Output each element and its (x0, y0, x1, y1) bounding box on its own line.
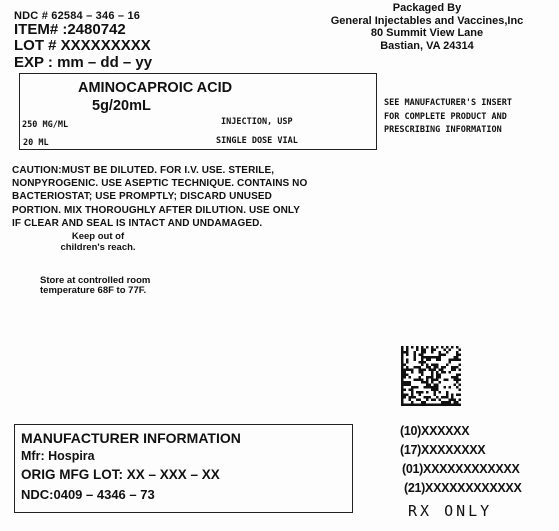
item-number: ITEM# :2480742 (14, 21, 126, 38)
manufacturer-info-box: MANUFACTURER INFORMATION Mfr: Hospira OR… (14, 424, 353, 513)
caution-line: PORTION. MIX THOROUGHLY AFTER DILUTION. … (12, 205, 307, 218)
rx-only-label: RX ONLY (408, 502, 492, 520)
package-type: SINGLE DOSE VIAL (216, 136, 298, 146)
expiration-date: EXP : mm – dd – yy (14, 54, 152, 71)
manufacturer-title: MANUFACTURER INFORMATION (21, 430, 241, 446)
keep-out-line: children's reach. (50, 243, 146, 254)
caution-line: CAUTION:MUST BE DILUTED. FOR I.V. USE. S… (12, 165, 307, 178)
product-concentration: 250 MG/ML (22, 120, 68, 130)
manufacturer-name: Mfr: Hospira (21, 449, 95, 463)
packager-heading: Packaged By (312, 2, 542, 15)
caution-line: NONPYROGENIC. USE ASEPTIC TECHNIQUE. CON… (12, 178, 307, 191)
packager-info: Packaged By General Injectables and Vacc… (312, 2, 542, 52)
caution-line: IF CLEAR AND SEAL IS INTACT AND UNDAMAGE… (12, 218, 307, 231)
insert-note-line: SEE MANUFACTURER'S INSERT (384, 97, 512, 111)
manufacturer-ndc: NDC:0409 – 4346 – 73 (21, 487, 155, 502)
packager-street: 80 Summit View Lane (312, 27, 542, 40)
product-box: AMINOCAPROIC ACID 5g/20mL 250 MG/ML INJE… (19, 73, 377, 150)
insert-note-line: PRESCRIBING INFORMATION (384, 124, 512, 138)
keep-out-warning: Keep out of children's reach. (50, 232, 146, 253)
product-form: INJECTION, USP (221, 117, 293, 127)
gs1-gtin: (01)XXXXXXXXXXXX (402, 462, 519, 476)
storage-line: temperature 68F to 77F. (40, 286, 150, 296)
packager-city: Bastian, VA 24314 (312, 40, 542, 53)
product-name: AMINOCAPROIC ACID (78, 80, 232, 96)
gs1-expiration: (17)XXXXXXXX (400, 443, 485, 457)
packager-company: General Injectables and Vaccines,Inc (312, 15, 542, 28)
insert-note-line: FOR COMPLETE PRODUCT AND (384, 111, 512, 125)
original-mfg-lot: ORIG MFG LOT: XX – XXX – XX (21, 467, 220, 482)
caution-line: BACTERIOSTAT; USE PROMPTLY; DISCARD UNUS… (12, 191, 307, 204)
datamatrix-barcode-icon (401, 345, 461, 407)
gs1-lot: (10)XXXXXX (400, 424, 469, 438)
lot-number: LOT # XXXXXXXXX (14, 37, 151, 54)
product-volume: 20 ML (23, 138, 49, 148)
insert-note: SEE MANUFACTURER'S INSERT FOR COMPLETE P… (384, 97, 512, 138)
keep-out-line: Keep out of (50, 232, 146, 243)
gs1-serial: (21)XXXXXXXXXXXX (404, 481, 521, 495)
caution-text: CAUTION:MUST BE DILUTED. FOR I.V. USE. S… (12, 165, 307, 231)
product-strength: 5g/20mL (92, 98, 151, 114)
storage-instructions: Store at controlled room temperature 68F… (40, 276, 150, 296)
